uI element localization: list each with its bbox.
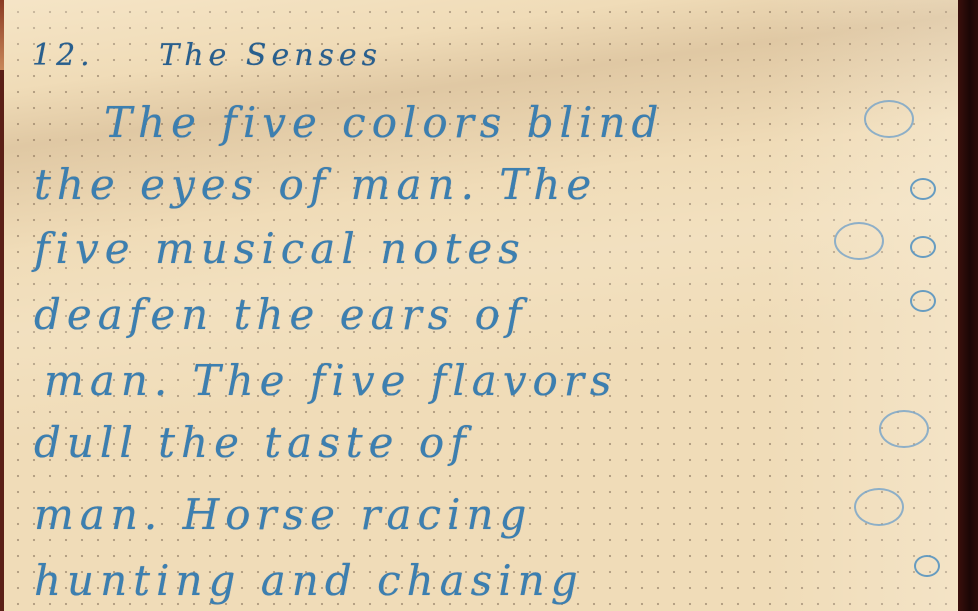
flourish-swirl-icon: [910, 290, 936, 312]
text-line-5: man. The five flavors: [44, 356, 617, 405]
flourish-swirl-icon: [854, 488, 904, 526]
text-line-2: the eyes of man. The: [34, 160, 597, 209]
flourish-swirl-icon: [910, 178, 936, 200]
photo-scene: 12. The Senses The five colors blind the…: [0, 0, 978, 611]
flourish-swirl-icon: [879, 410, 929, 448]
text-line-1: The five colors blind: [104, 98, 664, 147]
flourish-swirl-icon: [834, 222, 884, 260]
text-line-6: dull the taste of: [34, 418, 472, 467]
notebook-page: 12. The Senses The five colors blind the…: [4, 0, 958, 611]
flourish-swirl-icon: [864, 100, 914, 138]
flourish-swirl-icon: [910, 236, 936, 258]
flourish-swirl-icon: [914, 555, 940, 577]
page-title: 12. The Senses: [32, 38, 382, 73]
entry-title: The Senses: [159, 38, 382, 73]
text-line-4: deafen the ears of: [34, 290, 527, 339]
text-line-7: man. Horse racing: [34, 490, 532, 539]
desk-surface: [958, 0, 978, 611]
entry-number: 12.: [32, 38, 95, 73]
text-line-3: five musical notes: [34, 224, 526, 273]
text-line-8: hunting and chasing: [34, 556, 584, 605]
